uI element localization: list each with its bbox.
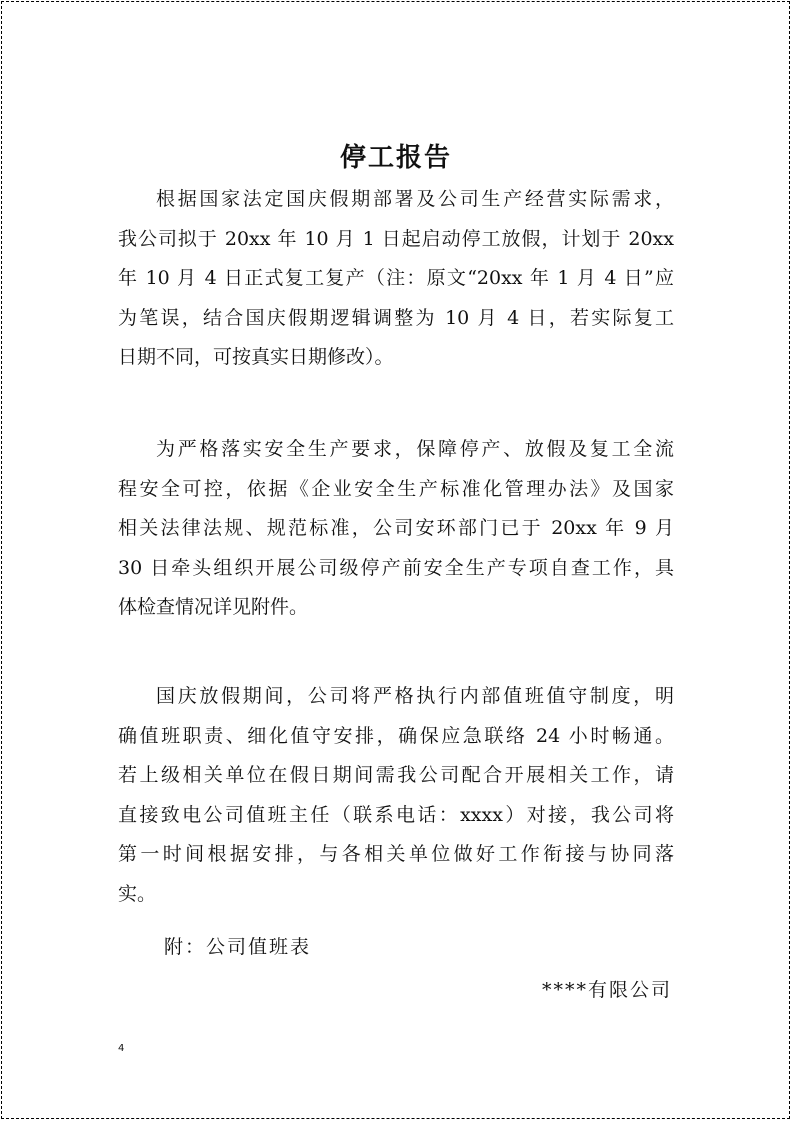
company-signature: ****有限公司 [542,970,672,1010]
paragraph-line: 若上级相关单位在假日期间需我公司配合开展相关工作，请 [118,756,674,796]
paragraph-line: 第一时间根据安排，与各相关单位做好工作衔接与协同落 [118,835,674,875]
paragraph-1: 根据国家法定国庆假期部署及公司生产经营实际需求， 我公司拟于 20xx 年 10… [118,180,674,378]
paragraph-line: 日期不同，可按真实日期修改）。 [118,338,674,378]
paragraph-line: 程安全可控，依据《企业安全生产标准化管理办法》及国家 [118,470,674,510]
paragraph-line: 体检查情况详见附件。 [118,588,674,628]
paragraph-2: 为严格落实安全生产要求，保障停产、放假及复工全流 程安全可控，依据《企业安全生产… [118,430,674,628]
document-title: 停工报告 [118,140,674,176]
paragraph-line: 我公司拟于 20xx 年 10 月 1 日起启动停工放假，计划于 20xx [118,220,674,260]
paragraph-line: 30 日牵头组织开展公司级停产前安全生产专项自查工作，具 [118,549,674,589]
paragraph-line: 实。 [118,875,674,915]
paragraph-line: 为笔误，结合国庆假期逻辑调整为 10 月 4 日，若实际复工 [118,299,674,339]
paragraph-line: 直接致电公司值班主任（联系电话：xxxx）对接，我公司将 [118,796,674,836]
paragraph-3: 国庆放假期间，公司将严格执行内部值班值守制度，明 确值班职责、细化值守安排，确保… [118,677,674,914]
paragraph-line: 根据国家法定国庆假期部署及公司生产经营实际需求， [118,180,674,220]
paragraph-line: 确值班职责、细化值守安排，确保应急联络 24 小时畅通。 [118,717,674,757]
paragraph-line: 年 10 月 4 日正式复工复产（注：原文“20xx 年 1 月 4 日”应 [118,259,674,299]
attachment-note: 附：公司值班表 [118,927,311,967]
page-number: 4 [118,1043,124,1054]
paragraph-line: 为严格落实安全生产要求，保障停产、放假及复工全流 [118,430,674,470]
paragraph-line: 国庆放假期间，公司将严格执行内部值班值守制度，明 [118,677,674,717]
paragraph-line: 相关法律法规、规范标准，公司安环部门已于 20xx 年 9 月 [118,509,674,549]
